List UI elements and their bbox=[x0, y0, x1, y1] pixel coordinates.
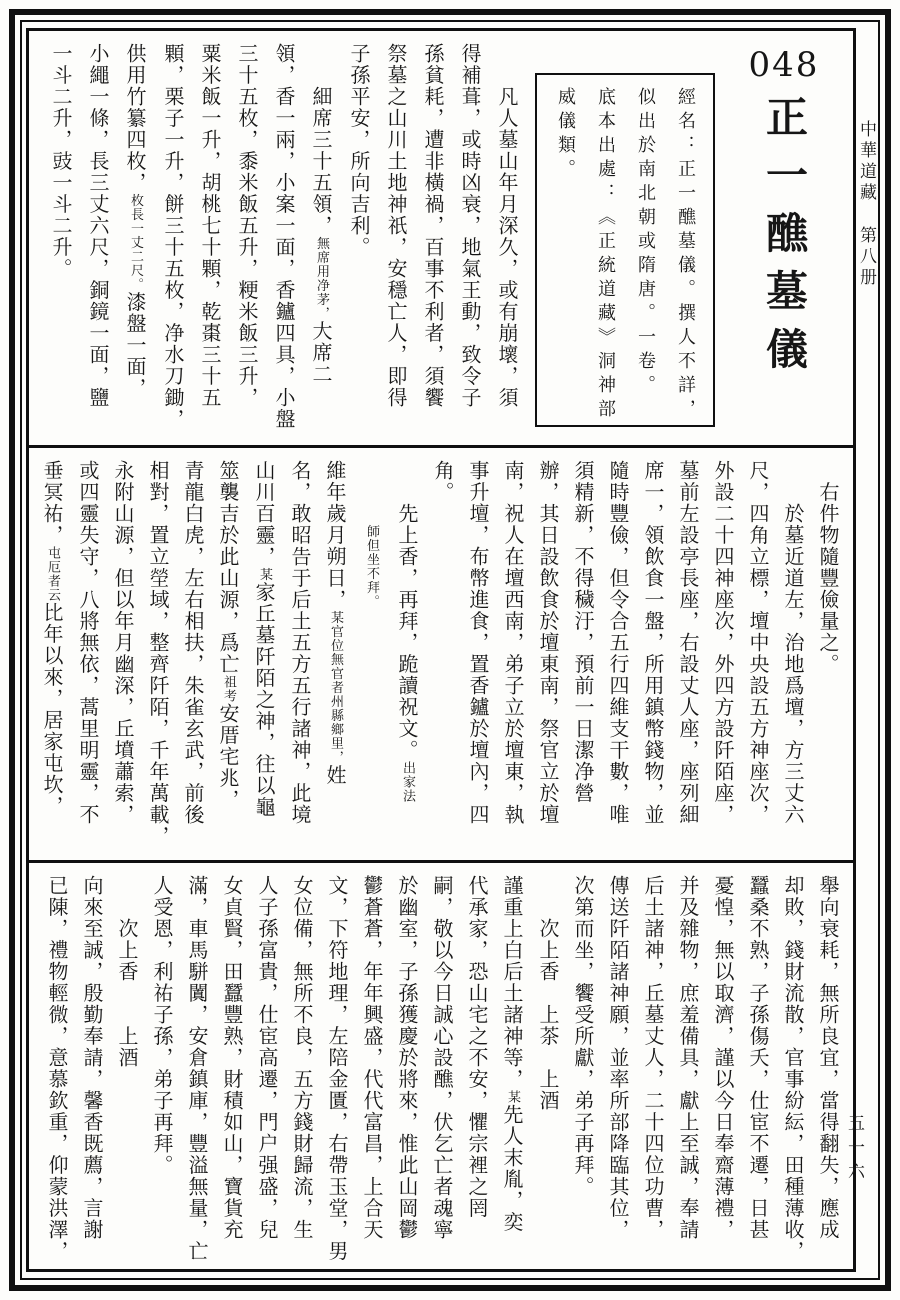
masthead-volume: 第八册 bbox=[855, 226, 877, 289]
text-column: 尺，四角立標，壇中央設五方神座次， bbox=[740, 460, 775, 848]
document-title: 正一醮墓儀 bbox=[754, 95, 814, 385]
text-column: 事升壇，布幣進食，置香鑪於壇內，四 bbox=[460, 460, 495, 848]
text-column: 并及雜物，庶羞備具，獻上至誠，奉請 bbox=[670, 875, 705, 1257]
text-column: 維年歲月朔日，某官位無官者州縣鄉里，姓 bbox=[317, 460, 353, 848]
page-number: 五一六 bbox=[843, 1114, 865, 1186]
text-column: 三十五枚，黍米飯五升，粳米飯三升， bbox=[228, 43, 265, 433]
text-column: 次上香 上茶 上酒 bbox=[530, 875, 565, 1257]
text-column: 似出於南北朝或隋唐。一卷。 bbox=[625, 87, 665, 413]
text-column: 經名：正一醮墓儀。撰人不詳， bbox=[665, 87, 705, 413]
masthead-collection: 中華道藏 bbox=[855, 120, 877, 204]
register-middle: 右件物隨豐儉量之。 於墓近道左，治地爲壇，方三丈六尺，四角立標，壇中央設五方神座… bbox=[29, 448, 853, 863]
text-column: 凡人墓山年月深久，或有崩壞，須 bbox=[488, 43, 525, 433]
text-column: 傳送阡陌諸神願，並率所部降臨其位， bbox=[600, 875, 635, 1257]
text-column: 辦，其日設飲食於壇東南，祭官立於壇 bbox=[530, 460, 565, 848]
text-column: 青龍白虎，左右相扶，朱雀玄武，前後 bbox=[175, 460, 210, 848]
colophon-box: 經名：正一醮墓儀。撰人不詳，似出於南北朝或隋唐。一卷。底本出處：《正統道藏》洞神… bbox=[535, 73, 715, 427]
text-column: 已陳，禮物輕微，意慕欽重，仰蒙洪澤， bbox=[39, 875, 74, 1257]
text-column: 隨時豐儉，但令合五行四維支干數，唯 bbox=[600, 460, 635, 848]
text-column: 筮襲吉於此山源，爲亡祖考安厝宅兆， bbox=[210, 460, 246, 848]
document-title-block: 048 正一醮墓儀 bbox=[723, 43, 845, 433]
register-top: 048 正一醮墓儀 經名：正一醮墓儀。撰人不詳，似出於南北朝或隋唐。一卷。底本出… bbox=[29, 31, 853, 448]
text-column: 人子孫富貴，仕宦高遷，門户强盛，兒 bbox=[249, 875, 284, 1257]
text-column: 相對，置立塋域，整齊阡陌，千年萬載， bbox=[140, 460, 175, 848]
text-column: 次上香 上酒 bbox=[109, 875, 144, 1257]
text-column: 文，下符地理，左陪金匱，右帶玉堂，男 bbox=[319, 875, 354, 1257]
register-bottom: 舉向衰耗，無所良宜，當得翻失，應成却敗，錢財流散，官事紛紜，田種薄收，蠶桑不熟，… bbox=[29, 863, 853, 1269]
text-column: 却敗，錢財流散，官事紛紜，田種薄收， bbox=[775, 875, 810, 1257]
text-column: 代承家，恐山宅之不安，懼宗裡之罔 bbox=[459, 875, 494, 1257]
text-column: 次第而坐，饗受所獻，弟子再拜。 bbox=[565, 875, 600, 1257]
text-column: 女位備，無所不良，五方錢財歸流，生 bbox=[284, 875, 319, 1257]
text-column: 垂冥祐，屯厄者云比年以來，居家屯坎， bbox=[34, 460, 70, 848]
text-column: 女貞賢，田蠶豐熟，財積如山，寶貨充 bbox=[214, 875, 249, 1257]
text-column: 顆，栗子一升，餅三十五枚，净水刀鋤， bbox=[154, 43, 191, 433]
text-column: 謹重上白后土諸神等，某先人末胤，奕 bbox=[494, 875, 530, 1257]
text-column: 須精新，不得穢汙，預前一日潔净營 bbox=[565, 460, 600, 848]
text-column: 席一，領飲食一盤，所用鎮幣錢物，並 bbox=[635, 460, 670, 848]
text-column: 永附山源，但以年月幽深，丘墳蕭索， bbox=[105, 460, 140, 848]
text-column: 一斗二升，豉一斗二升。 bbox=[42, 43, 79, 433]
text-column: 小繩一條，長三丈六尺，銅鏡一面，鹽 bbox=[79, 43, 116, 433]
text-content-box: 048 正一醮墓儀 經名：正一醮墓儀。撰人不詳，似出於南北朝或隋唐。一卷。底本出… bbox=[26, 28, 856, 1272]
text-column: 先上香，再拜，跪讀祝文。出家法 bbox=[389, 460, 425, 848]
text-column: 舉向衰耗，無所良宜，當得翻失，應成 bbox=[810, 875, 845, 1257]
document-number: 048 bbox=[749, 45, 820, 85]
text-column: 山川百靈，某家丘墓阡陌之神，往以龜 bbox=[246, 460, 282, 848]
text-column: 底本出處：《正統道藏》洞神部 bbox=[585, 87, 625, 413]
text-column: 蠶桑不熟，子孫傷夭，仕宦不遷，日甚 bbox=[740, 875, 775, 1257]
text-column: 於墓近道左，治地爲壇，方三丈六 bbox=[775, 460, 810, 848]
text-column: 供用竹纂四枚，枚長一丈二尺。漆盤一面， bbox=[116, 43, 154, 433]
text-column: 孫貧耗，遭非橫禍，百事不利者，須饗 bbox=[414, 43, 451, 433]
text-column: 威儀類。 bbox=[545, 87, 585, 413]
text-column: 外設二十四神座次，外四方設阡陌座， bbox=[705, 460, 740, 848]
text-column: 右件物隨豐儉量之。 bbox=[810, 460, 845, 848]
text-column: 后土諸神，丘墓丈人，二十四位功曹， bbox=[635, 875, 670, 1257]
text-column: 人受恩，利祐子孫，弟子再拜。 bbox=[144, 875, 179, 1257]
text-column: 墓前左設亭長座，右設丈人座，座列細 bbox=[670, 460, 705, 848]
text-column: 憂惶，無以取濟，謹以今日奉齋薄禮， bbox=[705, 875, 740, 1257]
text-column: 粟米飯一升，胡桃七十顆，乾棗三十五 bbox=[191, 43, 228, 433]
text-column: 於幽室，子孫獲慶於將來，惟此山岡鬱 bbox=[389, 875, 424, 1257]
text-column: 領，香一兩，小案一面，香鑪四具，小盤 bbox=[265, 43, 302, 433]
text-column: 滿，車馬駢闐，安倉鎮庫，豐溢無量，亡 bbox=[179, 875, 214, 1257]
text-column: 角。 bbox=[425, 460, 460, 848]
text-column: 南，祝人在壇西南，弟子立於壇東，執 bbox=[495, 460, 530, 848]
text-column: 向來至誠，殷勤奉請，馨香既薦，言謝 bbox=[74, 875, 109, 1257]
text-column: 祭墓之山川土地神祇，安穩亡人，即得 bbox=[377, 43, 414, 433]
text-column: 或四靈失守，八將無依，蒿里明靈，不 bbox=[70, 460, 105, 848]
scanned-book-page: 048 正一醮墓儀 經名：正一醮墓儀。撰人不詳，似出於南北朝或隋唐。一卷。底本出… bbox=[0, 0, 900, 1300]
text-column: 子孫平安，所向吉利。 bbox=[340, 43, 377, 433]
text-column: 鬱蒼蒼，年年興盛，代代富昌，上合天 bbox=[354, 875, 389, 1257]
text-column: 師但坐不拜。 bbox=[353, 460, 389, 848]
text-column: 名，敢昭告于后土五方五行諸神，此境 bbox=[282, 460, 317, 848]
text-column: 細席三十五領，無席用净茅，大席二 bbox=[302, 43, 340, 433]
text-column: 嗣，敬以今日誠心設醮，伏乞亡者魂寧 bbox=[424, 875, 459, 1257]
text-column: 得補葺，或時凶衰，地氣王動，致令子 bbox=[451, 43, 488, 433]
